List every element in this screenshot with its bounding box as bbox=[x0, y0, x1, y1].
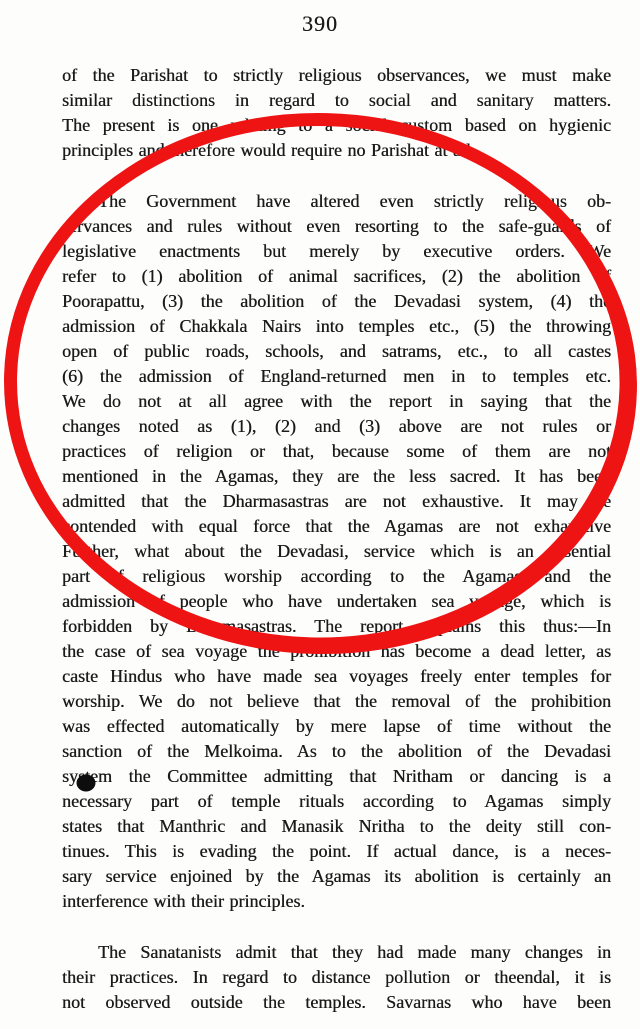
text-line: principles and therefore would require n… bbox=[62, 138, 611, 163]
text-line: We do not at all agree with the report i… bbox=[62, 389, 611, 414]
text-line: (6) the admission of England-returned me… bbox=[62, 364, 611, 389]
page-text-block: of the Parishat to strictly religious ob… bbox=[62, 63, 611, 1015]
text-line: practices of religion or that, because s… bbox=[62, 439, 611, 464]
text-line: the case of sea voyage the prohibition h… bbox=[62, 639, 611, 664]
page-number: 390 bbox=[0, 11, 640, 37]
text-line: admitted that the Dharmasastras are not … bbox=[62, 489, 611, 514]
paragraph: of the Parishat to strictly religious ob… bbox=[62, 63, 611, 163]
text-line: refer to (1) abolition of animal sacrifi… bbox=[62, 264, 611, 289]
text-line: interference with their principles. bbox=[62, 889, 611, 914]
text-line: worship. We do not believe that the remo… bbox=[62, 689, 611, 714]
text-line: open of public roads, schools, and satra… bbox=[62, 339, 611, 364]
text-line: mentioned in the Agamas, they are the le… bbox=[62, 464, 611, 489]
text-line: Poorapattu, (3) the abolition of the Dev… bbox=[62, 289, 611, 314]
text-line: admission of people who have undertaken … bbox=[62, 589, 611, 614]
text-line: states that Manthric and Manasik Nritha … bbox=[62, 814, 611, 839]
text-line: necessary part of temple rituals accordi… bbox=[62, 789, 611, 814]
text-line: system the Committee admitting that Nrit… bbox=[62, 764, 611, 789]
text-line: sanction of the Melkoima. As to the abol… bbox=[62, 739, 611, 764]
text-line: legislative enactments but merely by exe… bbox=[62, 239, 611, 264]
text-line: The Sanatanists admit that they had made… bbox=[62, 940, 611, 965]
text-line: admission of Chakkala Nairs into temples… bbox=[62, 314, 611, 339]
text-line: similar distinctions in regard to social… bbox=[62, 88, 611, 113]
text-line: The present is one relating to a social … bbox=[62, 113, 611, 138]
text-line: of the Parishat to strictly religious ob… bbox=[62, 63, 611, 88]
text-line: contended with equal force that the Agam… bbox=[62, 514, 611, 539]
paragraph: The Government have altered even strictl… bbox=[62, 189, 611, 914]
text-line: was effected automatically by mere lapse… bbox=[62, 714, 611, 739]
text-line: part of religious worship according to t… bbox=[62, 564, 611, 589]
text-line: The Government have altered even strictl… bbox=[62, 189, 611, 214]
text-line: forbidden by Dharmasastras. The report e… bbox=[62, 614, 611, 639]
text-line: caste Hindus who have made sea voyages f… bbox=[62, 664, 611, 689]
text-line: servances and rules without even resorti… bbox=[62, 214, 611, 239]
paragraph: The Sanatanists admit that they had made… bbox=[62, 940, 611, 1015]
scanned-book-page: 390 of the Parishat to strictly religiou… bbox=[0, 0, 640, 1029]
text-line: changes noted as (1), (2) and (3) above … bbox=[62, 414, 611, 439]
text-line: tinues. This is evading the point. If ac… bbox=[62, 839, 611, 864]
text-line: Further, what about the Devadasi, servic… bbox=[62, 539, 611, 564]
text-line: sary service enjoined by the Agamas its … bbox=[62, 864, 611, 889]
text-line: their practices. In regard to distance p… bbox=[62, 965, 611, 990]
text-line: not observed outside the temples. Savarn… bbox=[62, 990, 611, 1015]
